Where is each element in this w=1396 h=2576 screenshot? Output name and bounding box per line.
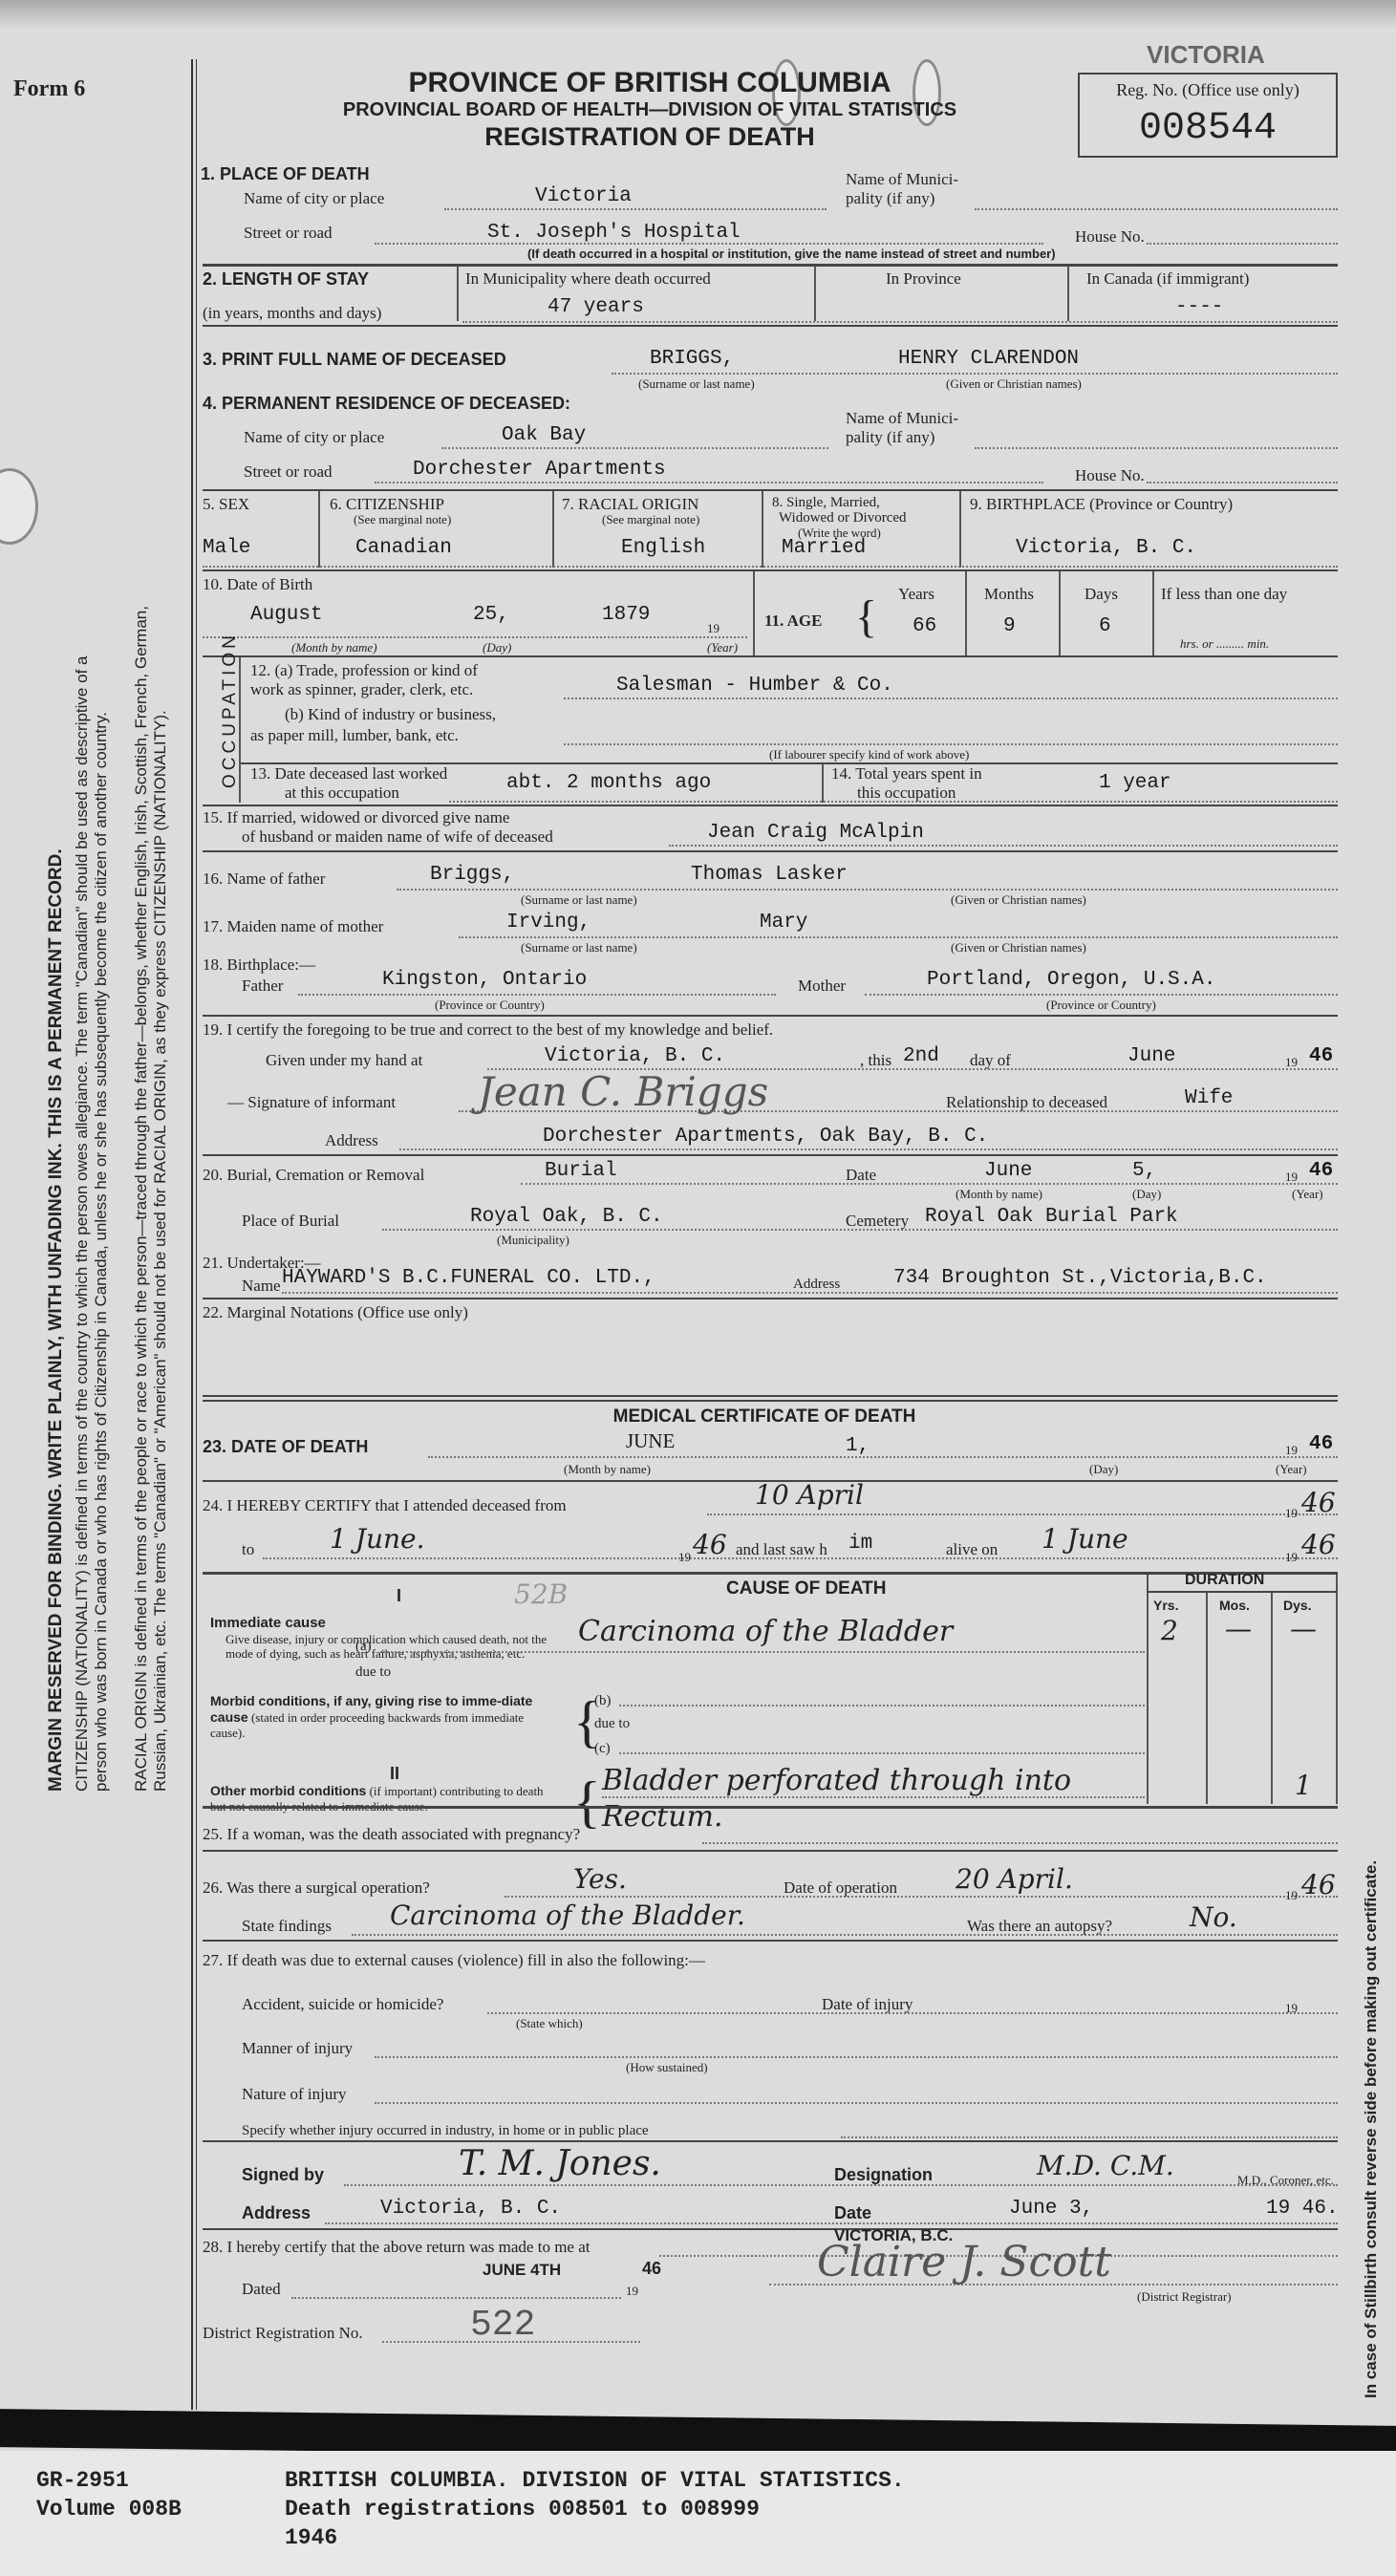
col-divider	[753, 571, 755, 655]
year-prefix: 19	[1285, 1506, 1298, 1521]
s2-col-canada: In Canada (if immigrant)	[1086, 269, 1249, 289]
s2-heading: 2. LENGTH OF STAY	[203, 269, 369, 290]
hint: (Day)	[483, 640, 511, 655]
dotted-line	[203, 566, 1338, 568]
citizenship-note-1: CITIZENSHIP (NATIONALITY) is defined in …	[73, 656, 92, 1792]
s19-certify: 19. I certify the foregoing to be true a…	[203, 1020, 773, 1040]
dotted-line	[564, 698, 1338, 699]
burial-month[interactable]: June	[984, 1160, 1032, 1182]
place-of-death-street[interactable]: St. Joseph's Hospital	[487, 222, 741, 244]
col-divider	[239, 657, 241, 803]
hint: (Given or Christian names)	[951, 940, 1086, 955]
title-board: PROVINCIAL BOARD OF HEALTH—DIVISION OF V…	[248, 99, 1051, 121]
racial-note-1: RACIAL ORIGIN is defined in terms of the…	[132, 606, 151, 1792]
divider	[203, 1572, 1338, 1575]
dod-month[interactable]: JUNE	[626, 1429, 675, 1453]
mother-given[interactable]: Mary	[760, 912, 807, 934]
marital-value[interactable]: Married	[782, 537, 866, 559]
s1-house-label: House No.	[1075, 227, 1145, 247]
racial-note-2: Russian, Ukrainian, etc. The terms "Cana…	[151, 710, 170, 1792]
s27-label: 27. If death was due to external causes …	[203, 1951, 705, 1970]
last-worked[interactable]: abt. 2 months ago	[506, 772, 711, 794]
dated-year[interactable]: 46	[642, 2259, 661, 2279]
title-province: PROVINCE OF BRITISH COLUMBIA	[363, 67, 936, 99]
citizenship-label: 6. CITIZENSHIP	[330, 495, 444, 514]
dotted-line	[841, 2136, 1338, 2138]
informant-day[interactable]: 2nd	[903, 1045, 939, 1067]
informant-signature[interactable]: Jean C. Briggs	[478, 1068, 768, 1115]
divider	[203, 1395, 1338, 1397]
findings[interactable]: Carcinoma of the Bladder.	[390, 1900, 745, 1931]
hint: (Surname or last name)	[521, 940, 637, 955]
stay-municipality[interactable]: 47 years	[548, 296, 644, 318]
s25-label: 25. If a woman, was the death associated…	[203, 1825, 580, 1844]
dob-day[interactable]: 25,	[473, 604, 509, 626]
medical-heading: MEDICAL CERTIFICATE OF DEATH	[554, 1406, 975, 1428]
hrs-min: hrs. or ......... min.	[1180, 636, 1269, 652]
col-divider	[1059, 571, 1061, 655]
reg-no-box: Reg. No. (Office use only) 008544	[1078, 73, 1338, 158]
dotted-line	[375, 2056, 1338, 2058]
s1-street-label: Street or road	[244, 224, 333, 243]
hint: (Surname or last name)	[521, 892, 637, 908]
dotted-line	[505, 1896, 1338, 1898]
s26-autopsy-label: Was there an autopsy?	[967, 1917, 1112, 1936]
racial-origin-value[interactable]: English	[621, 537, 705, 559]
duration-heading: DURATION	[1185, 1572, 1264, 1589]
other-desc: Other morbid conditions (if important) c…	[210, 1783, 554, 1814]
col-divider	[1147, 1575, 1149, 1804]
designation[interactable]: M.D. C.M.	[1037, 2150, 1174, 2181]
alive-year[interactable]: 46	[1301, 1529, 1336, 1560]
physician-date[interactable]: June 3,	[1009, 2198, 1093, 2220]
hint: (How sustained)	[626, 2060, 708, 2075]
physician-address[interactable]: Victoria, B. C.	[380, 2198, 561, 2220]
reg-no-label: Reg. No. (Office use only)	[1080, 80, 1336, 100]
divider	[203, 1298, 1338, 1299]
dotted-line	[702, 1842, 1338, 1844]
volume-id: Volume 008B	[36, 2497, 182, 2522]
s3-heading: 3. PRINT FULL NAME OF DECEASED	[203, 350, 506, 370]
dod-year[interactable]: 46	[1309, 1433, 1333, 1455]
mother-surname[interactable]: Irving,	[506, 912, 591, 934]
dotted-line	[449, 801, 1338, 803]
signed-label: Signed by	[242, 2165, 324, 2185]
citizenship-note-2: person who was born in Canada or who has…	[92, 712, 111, 1792]
marital-label: 8. Single, Married,	[772, 495, 880, 511]
series-id: GR-2951	[36, 2468, 129, 2493]
col-divider	[762, 491, 763, 568]
father-given[interactable]: Thomas Lasker	[691, 864, 848, 886]
spouse-name[interactable]: Jean Craig McAlpin	[707, 822, 924, 844]
s22-label: 22. Marginal Notations (Office use only)	[203, 1303, 468, 1322]
dotted-line	[375, 2102, 1338, 2104]
dob-label: 10. Date of Birth	[203, 575, 312, 594]
registrar-signature[interactable]: Claire J. Scott	[817, 2238, 1111, 2286]
pencil-code: 52B	[514, 1578, 568, 1610]
other-dys[interactable]: 1	[1295, 1770, 1312, 1801]
dated-label: Dated	[242, 2280, 281, 2299]
s15-label: 15. If married, widowed or divorced give…	[203, 808, 509, 827]
archive-line-2: Death registrations 008501 to 008999	[285, 2497, 760, 2522]
q13-label: 13. Date deceased last worked	[250, 764, 447, 784]
sex-value[interactable]: Male	[203, 537, 250, 559]
s2-col-prov: In Province	[886, 269, 961, 289]
immediate-desc: Give disease, injury or complication whi…	[226, 1632, 569, 1661]
undertaker-address[interactable]: 734 Broughton St.,Victoria,B.C.	[893, 1267, 1267, 1289]
archive-line-3: 1946	[285, 2525, 337, 2550]
scan-shadow	[0, 0, 1396, 29]
burial-place[interactable]: Royal Oak, B. C.	[470, 1206, 663, 1228]
year-prefix: 19	[707, 621, 719, 636]
s28-label: 28. I hereby certify that the above retu…	[203, 2238, 590, 2257]
year-prefix: 19	[1285, 1055, 1298, 1070]
hint: M.D., Coroner, etc.	[1237, 2173, 1334, 2188]
yrs-label: Yrs.	[1153, 1598, 1178, 1613]
hint: (Province or Country)	[435, 998, 545, 1013]
last-saw-pronoun[interactable]: im	[848, 1533, 872, 1555]
disposition[interactable]: Burial	[545, 1160, 617, 1182]
roman-i: I	[397, 1586, 401, 1606]
birthplace-value[interactable]: Victoria, B. C.	[1016, 537, 1196, 559]
dotted-line	[612, 373, 1338, 375]
dotted-line	[462, 321, 1338, 323]
specify-label: Specify whether injury occurred in indus…	[242, 2123, 649, 2139]
father-surname[interactable]: Briggs,	[430, 864, 514, 886]
s20-cemetery-label: Cemetery	[846, 1212, 909, 1231]
s16-label: 16. Name of father	[203, 869, 325, 889]
designation-label: Designation	[834, 2165, 933, 2185]
informant-place[interactable]: Victoria, B. C.	[545, 1045, 725, 1067]
age-days[interactable]: 6	[1099, 615, 1111, 637]
divider	[203, 2140, 1338, 2142]
alive-on-label: alive on	[946, 1540, 998, 1559]
dotted-line	[975, 447, 1338, 449]
dotted-line	[380, 1651, 1145, 1653]
col-divider	[1271, 1591, 1273, 1804]
divider	[203, 1940, 1338, 1942]
year-prefix: 19	[1285, 1888, 1298, 1903]
address-label: Address	[242, 2203, 311, 2223]
attended-to-year[interactable]: 46	[693, 1529, 727, 1560]
s21-name-label: Name	[242, 1277, 281, 1296]
attended-to[interactable]: 1 June.	[330, 1523, 424, 1555]
autopsy[interactable]: No.	[1190, 1901, 1237, 1933]
accident-label: Accident, suicide or homicide?	[242, 1995, 443, 2014]
col-divider	[1206, 1591, 1208, 1804]
dotted-line	[441, 447, 828, 449]
hint: (District Registrar)	[1137, 2289, 1232, 2305]
archive-label: GR-2951 Volume 008B BRITISH COLUMBIA. DI…	[0, 2451, 1396, 2576]
col-divider	[965, 571, 967, 655]
dotted-line	[619, 1752, 1145, 1754]
hint: (Province or Country)	[1046, 998, 1156, 1013]
q14-label: this occupation	[857, 784, 956, 803]
dotted-line	[352, 1934, 1338, 1936]
col-divider	[1152, 571, 1154, 655]
cemetery[interactable]: Royal Oak Burial Park	[925, 1206, 1178, 1228]
s19-given-label: Given under my hand at	[266, 1051, 422, 1070]
father-birthplace[interactable]: Kingston, Ontario	[382, 969, 587, 991]
s19-rel-label: Relationship to deceased	[946, 1093, 1107, 1112]
district-no[interactable]: 522	[470, 2305, 535, 2346]
col-divider	[814, 266, 816, 321]
q14-label: 14. Total years spent in	[831, 764, 982, 784]
divider	[203, 1400, 1338, 1402]
total-years[interactable]: 1 year	[1099, 772, 1171, 794]
reg-no: 008544	[1080, 107, 1336, 150]
dotted-line	[397, 889, 1338, 891]
year-prefix: 19	[1285, 2001, 1298, 2016]
dob-year[interactable]: 1879	[602, 604, 650, 626]
s4-muni-label: pality (if any)	[846, 428, 934, 447]
s20-label: 20. Burial, Cremation or Removal	[203, 1166, 424, 1185]
binder-hole	[0, 468, 38, 545]
s24-label: 24. I HEREBY CERTIFY that I attended dec…	[203, 1496, 567, 1515]
citizenship-value[interactable]: Canadian	[355, 537, 452, 559]
physician-signature[interactable]: T. M. Jones.	[459, 2144, 661, 2183]
burial-day[interactable]: 5,	[1132, 1160, 1156, 1182]
stillbirth-note: In case of Stillbirth consult reverse si…	[1362, 1860, 1381, 2398]
cause-a-dys[interactable]: —	[1290, 1613, 1317, 1644]
manner-label: Manner of injury	[242, 2039, 353, 2058]
col-divider	[1067, 266, 1069, 321]
alive-on[interactable]: 1 June	[1042, 1523, 1128, 1555]
dotted-line	[521, 1183, 1338, 1185]
frame-left-inner	[196, 59, 197, 2410]
divider	[203, 850, 1338, 852]
residence-city[interactable]: Oak Bay	[502, 424, 586, 446]
s4-street-label: Street or road	[244, 462, 333, 482]
divider	[203, 1806, 1338, 1809]
physician-year[interactable]: 19 46.	[1266, 2198, 1339, 2220]
s1-note: (If death occurred in a hospital or inst…	[527, 247, 1056, 261]
age-months[interactable]: 9	[1003, 615, 1016, 637]
attended-from-year[interactable]: 46	[1301, 1487, 1336, 1518]
divider	[203, 569, 1338, 571]
nature-label: Nature of injury	[242, 2085, 347, 2104]
labourer-note: (If labourer specify kind of work above)	[769, 747, 969, 762]
q12a-label: work as spinner, grader, clerk, etc.	[250, 680, 473, 699]
operation[interactable]: Yes.	[573, 1863, 627, 1895]
s1-muni-label: Name of Munici-	[846, 170, 958, 189]
s4-house-label: House No.	[1075, 466, 1145, 485]
s15-label: of husband or maiden name of wife of dec…	[242, 827, 553, 847]
victoria-stamp: VICTORIA	[1147, 40, 1265, 70]
morbid-desc: Morbid conditions, if any, giving rise t…	[210, 1693, 554, 1741]
dotted-line	[669, 845, 1338, 847]
mother-birthplace[interactable]: Portland, Oregon, U.S.A.	[927, 969, 1215, 991]
dotted-line	[1147, 482, 1338, 483]
undertaker-name[interactable]: HAYWARD'S B.C.FUNERAL CO. LTD.,	[282, 1267, 655, 1289]
date-label: Date	[834, 2203, 871, 2223]
s1-heading: 1. PLACE OF DEATH	[201, 164, 370, 184]
dotted-line	[291, 2297, 621, 2299]
marital-label: Widowed or Divorced	[779, 510, 907, 526]
dod-day[interactable]: 1,	[846, 1435, 870, 1457]
b-label: (b)	[594, 1693, 612, 1709]
divider	[203, 264, 1338, 267]
brace: {	[855, 590, 877, 643]
cause-a-yrs[interactable]: 2	[1161, 1615, 1178, 1646]
district-label: District Registration No.	[203, 2324, 363, 2343]
dotted-line	[203, 636, 747, 638]
informant-year[interactable]: 46	[1309, 1045, 1333, 1067]
form-number: Form 6	[13, 76, 85, 102]
mos-label: Mos.	[1219, 1598, 1250, 1613]
relationship[interactable]: Wife	[1185, 1087, 1233, 1109]
other-conditions[interactable]: Bladder perforated through into Rectum.	[602, 1763, 1137, 1835]
s26-label: 26. Was there a surgical operation?	[203, 1878, 430, 1898]
occupation-trade[interactable]: Salesman - Humber & Co.	[616, 675, 893, 697]
racial-origin-label: 7. RACIAL ORIGIN	[562, 495, 698, 514]
due-to: due to	[355, 1664, 391, 1681]
s18-label: 18. Birthplace:—	[203, 955, 315, 975]
attended-from[interactable]: 10 April	[755, 1479, 864, 1511]
s19-day-of: day of	[970, 1051, 1011, 1070]
hint: (Month by name)	[956, 1187, 1042, 1202]
hint: (State which)	[516, 2016, 583, 2031]
lt-day-label: If less than one day	[1161, 585, 1287, 604]
divider	[1147, 1591, 1338, 1593]
year-prefix: 19	[1285, 1443, 1298, 1458]
dotted-line	[428, 1456, 1338, 1458]
deceased-given-names[interactable]: HENRY CLARENDON	[898, 348, 1079, 370]
dob-month[interactable]: August	[250, 604, 323, 626]
s2-sub: (in years, months and days)	[203, 304, 381, 323]
divider	[203, 1154, 1338, 1156]
dotted-line	[1147, 243, 1338, 245]
dated-value[interactable]: JUNE 4TH	[483, 2261, 561, 2280]
divider	[203, 2228, 1338, 2230]
hint: (See marginal note)	[354, 512, 451, 527]
hint: (Municipality)	[497, 1233, 569, 1248]
archive-line-1: BRITISH COLUMBIA. DIVISION OF VITAL STAT…	[285, 2468, 905, 2493]
year-prefix: 19	[626, 2284, 638, 2299]
col-divider	[318, 491, 320, 568]
place-of-death-city[interactable]: Victoria	[535, 185, 632, 207]
informant-month[interactable]: June	[1128, 1045, 1175, 1067]
age-years[interactable]: 66	[913, 615, 936, 637]
hint: (See marginal note)	[602, 512, 699, 527]
birthplace-label: 9. BIRTHPLACE (Province or Country)	[970, 495, 1233, 514]
hint: (Day)	[1132, 1187, 1161, 1202]
hint: (Month by name)	[291, 640, 377, 655]
s19-this: , this	[860, 1051, 891, 1070]
hint: (Year)	[1276, 1462, 1307, 1477]
s19-addr-label: Address	[325, 1131, 378, 1150]
dotted-line	[619, 1705, 1145, 1707]
to-label: to	[242, 1540, 254, 1559]
s4-heading: 4. PERMANENT RESIDENCE OF DECEASED:	[203, 394, 570, 414]
s2-col-muni: In Municipality where death occurred	[465, 269, 711, 289]
s18-mother-label: Mother	[798, 977, 846, 996]
s19-sig-label: — Signature of informant	[227, 1093, 396, 1112]
year-prefix: 19	[1285, 1170, 1298, 1185]
days-label: Days	[1085, 585, 1118, 604]
operation-year[interactable]: 46	[1301, 1869, 1336, 1900]
burial-year[interactable]: 46	[1309, 1160, 1333, 1182]
hint: (Surname or last name)	[638, 376, 755, 392]
binding-note: MARGIN RESERVED FOR BINDING. WRITE PLAIN…	[46, 848, 67, 1792]
dotted-line	[399, 1148, 1338, 1150]
s26-date-label: Date of operation	[784, 1878, 897, 1898]
dotted-line	[325, 2222, 1338, 2224]
injury-date-label: Date of injury	[822, 1995, 913, 2014]
informant-address[interactable]: Dorchester Apartments, Oak Bay, B. C.	[543, 1126, 988, 1148]
dotted-line	[298, 994, 776, 996]
dotted-line	[975, 208, 1338, 210]
s20-date-label: Date	[846, 1166, 876, 1185]
q12a-label: 12. (a) Trade, profession or kind of	[250, 661, 478, 680]
operation-date[interactable]: 20 April.	[956, 1863, 1073, 1895]
year-prefix: 19	[678, 1550, 691, 1565]
roman-ii: II	[390, 1764, 399, 1784]
s21-addr-label: Address	[793, 1277, 840, 1293]
hint: (Month by name)	[564, 1462, 651, 1477]
dod-label: 23. DATE OF DEATH	[203, 1437, 368, 1457]
a-label: (a)	[355, 1639, 372, 1655]
cause-heading: CAUSE OF DEATH	[726, 1578, 886, 1599]
cause-a-mos[interactable]: —	[1225, 1613, 1252, 1644]
s1-city-label: Name of city or place	[244, 189, 384, 208]
divider	[203, 1850, 1338, 1852]
c-label: (c)	[594, 1741, 611, 1757]
hint: (Day)	[1089, 1462, 1118, 1477]
brace: {	[573, 1773, 601, 1831]
s18-father-label: Father	[242, 977, 283, 996]
frame-left	[191, 59, 193, 2410]
residence-street[interactable]: Dorchester Apartments	[413, 459, 666, 481]
q12b-label: as paper mill, lumber, bank, etc.	[250, 726, 459, 745]
death-registration-form: Form 6 MARGIN RESERVED FOR BINDING. WRIT…	[0, 0, 1396, 2427]
last-saw-label: and last saw h	[736, 1540, 827, 1559]
s20-place-label: Place of Burial	[242, 1212, 339, 1231]
dys-label: Dys.	[1283, 1598, 1312, 1613]
col-divider	[1336, 1575, 1338, 1804]
divider	[203, 655, 1338, 657]
s26-findings-label: State findings	[242, 1917, 332, 1936]
due-to: due to	[594, 1716, 630, 1732]
divider	[203, 1015, 1338, 1017]
age-label: 11. AGE	[764, 612, 822, 631]
months-label: Months	[984, 585, 1034, 604]
cause-a[interactable]: Carcinoma of the Bladder	[578, 1615, 953, 1648]
hint: (Year)	[1292, 1187, 1323, 1202]
dotted-line	[444, 208, 827, 210]
col-divider	[959, 491, 961, 568]
years-label: Years	[898, 585, 934, 604]
sex-label: 5. SEX	[203, 495, 249, 514]
divider	[203, 325, 1338, 327]
col-divider	[552, 491, 554, 568]
s1-muni-label: pality (if any)	[846, 189, 934, 208]
stay-canada[interactable]: ----	[1175, 296, 1223, 318]
dotted-line	[459, 936, 1338, 938]
dotted-line	[865, 994, 1338, 996]
s17-label: 17. Maiden name of mother	[203, 917, 383, 936]
occupation-side-label: OCCUPATION	[220, 632, 241, 788]
q12b-label: (b) Kind of industry or business,	[285, 705, 496, 724]
hint: (Year)	[707, 640, 738, 655]
dotted-line	[375, 482, 1043, 483]
dotted-line	[564, 743, 1338, 745]
col-divider	[457, 266, 459, 321]
deceased-surname[interactable]: BRIGGS,	[650, 348, 734, 370]
divider	[203, 805, 1338, 806]
immediate-title: Immediate cause	[210, 1615, 326, 1631]
hint: (Given or Christian names)	[951, 892, 1086, 908]
